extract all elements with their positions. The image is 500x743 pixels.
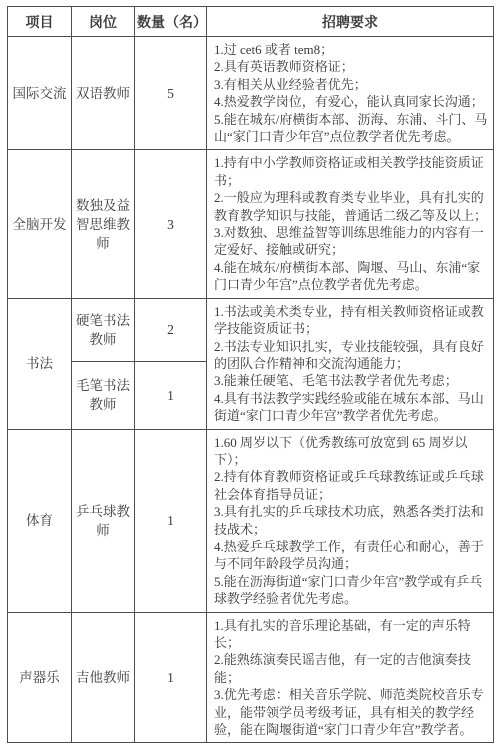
table-row-calligraphy-hard: 书法 硬笔书法教师 2 1.书法或美术类专业，持有相关教师资格证或教学技能资质证… (8, 298, 494, 361)
table-row-music: 声器乐 吉他教师 1 1.具有扎实的音乐理论基础，有一定的声乐特长； 2.能熟练… (8, 612, 494, 743)
requirement-line: 1.过 cet6 或者 tem8； (214, 41, 488, 58)
project-cell: 全脑开发 (8, 150, 72, 298)
project-cell: 体育 (8, 429, 72, 612)
table-row-sports: 体育 乒乓球教师 1 1.60 周岁以下（优秀教练可放宽到 65 周岁以下）； … (8, 429, 494, 612)
requirement-line: 5.能在城东/府横街本部、沥海、东浦、斗门、马山“家门口青少年宫”点位教学者优先… (214, 111, 488, 146)
requirement-line: 4.热爱教学岗位，有爱心，能认真同家长沟通； (214, 93, 488, 110)
requirements-cell: 1.持有中小学教师资格证或相关教学技能资质证书； 2.一般应为理科或教育类专业毕… (207, 150, 494, 298)
project-cell: 书法 (8, 298, 72, 429)
table-row-brain: 全脑开发 数独及益智思维教师 3 1.持有中小学教师资格证或相关教学技能资质证书… (8, 150, 494, 298)
requirement-line: 5.能在沥海街道“家门口青少年宫”教学或有乒乓球教学经验者优先考虑。 (214, 573, 488, 608)
requirement-line: 3.优先考虑：相关音乐学院、师范类院校音乐专业，能带领学员考级考证，具有相关的教… (214, 686, 488, 738)
col-header-position: 岗位 (72, 7, 135, 37)
requirement-line: 4.具有书法教学实践经验或能在城东本部、马山街道“家门口青少年宫”教学者优先考虑… (214, 390, 488, 425)
position-cell: 毛笔书法教师 (72, 362, 135, 429)
count-cell: 1 (135, 362, 207, 429)
requirements-cell: 1.书法或美术类专业，持有相关教师资格证或教学技能资质证书； 2.书法专业知识扎… (207, 298, 494, 429)
requirement-line: 1.持有中小学教师资格证或相关教学技能资质证书； (214, 154, 488, 189)
requirement-line: 1.60 周岁以下（优秀教练可放宽到 65 周岁以下）； (214, 434, 488, 469)
count-cell: 3 (135, 150, 207, 298)
recruitment-notice-page: 项目 岗位 数量（名） 招聘要求 国际交流 双语教师 5 1.过 cet6 或者… (0, 0, 500, 655)
requirement-line: 2.一般应为理科或教育类专业毕业，具有扎实的教育教学知识与技能，普通话二级乙等及… (214, 189, 488, 224)
requirement-line: 2.持有体育教师资格证或乒乓球教练证或乒乓球社会体育指导员证； (214, 468, 488, 503)
requirements-cell: 1.过 cet6 或者 tem8； 2.具有英语教师资格证； 3.有相关从业经验… (207, 37, 494, 150)
requirement-line: 3.对数独、思维益智等训练思维能力的内容有一定爱好、接触或研究； (214, 224, 488, 259)
position-cell: 吉他教师 (72, 612, 135, 743)
col-header-count: 数量（名） (135, 7, 207, 37)
requirement-line: 3.有相关从业经验者优先； (214, 76, 488, 93)
count-cell: 2 (135, 298, 207, 361)
count-cell: 5 (135, 37, 207, 150)
requirement-line: 2.书法专业知识扎实，专业技能较强，具有良好的团队合作精神和交流沟通能力； (214, 338, 488, 373)
requirement-line: 4.能在城东/府横街本部、陶堰、马山、东浦“家门口青少年宫”点位教学者优先考虑。 (214, 259, 488, 294)
recruitment-table: 项目 岗位 数量（名） 招聘要求 国际交流 双语教师 5 1.过 cet6 或者… (7, 6, 494, 743)
project-cell: 声器乐 (8, 612, 72, 743)
requirements-cell: 1.具有扎实的音乐理论基础，有一定的声乐特长； 2.能熟练演奏民谣吉他，有一定的… (207, 612, 494, 743)
requirement-line: 3.具有扎实的乒乓球技术功底，熟悉各类打法和技战术； (214, 503, 488, 538)
requirement-line: 2.能熟练演奏民谣吉他，有一定的吉他演奏技能； (214, 651, 488, 686)
requirement-line: 3.能兼任硬笔、毛笔书法教学者优先考虑； (214, 372, 488, 389)
requirement-line: 2.具有英语教师资格证； (214, 58, 488, 75)
header-row: 项目 岗位 数量（名） 招聘要求 (8, 7, 494, 37)
col-header-project: 项目 (8, 7, 72, 37)
position-cell: 双语教师 (72, 37, 135, 150)
requirement-line: 1.书法或美术类专业，持有相关教师资格证或教学技能资质证书； (214, 303, 488, 338)
count-cell: 1 (135, 612, 207, 743)
col-header-requirements: 招聘要求 (207, 7, 494, 37)
count-cell: 1 (135, 429, 207, 612)
project-cell: 国际交流 (8, 37, 72, 150)
requirement-line: 1.具有扎实的音乐理论基础，有一定的声乐特长； (214, 617, 488, 652)
requirement-line: 4.热爱乒乓球教学工作，有责任心和耐心，善于与不同年龄段学员沟通； (214, 538, 488, 573)
table-row-international: 国际交流 双语教师 5 1.过 cet6 或者 tem8； 2.具有英语教师资格… (8, 37, 494, 150)
position-cell: 数独及益智思维教师 (72, 150, 135, 298)
position-cell: 乒乓球教师 (72, 429, 135, 612)
position-cell: 硬笔书法教师 (72, 298, 135, 361)
requirements-cell: 1.60 周岁以下（优秀教练可放宽到 65 周岁以下）； 2.持有体育教师资格证… (207, 429, 494, 612)
